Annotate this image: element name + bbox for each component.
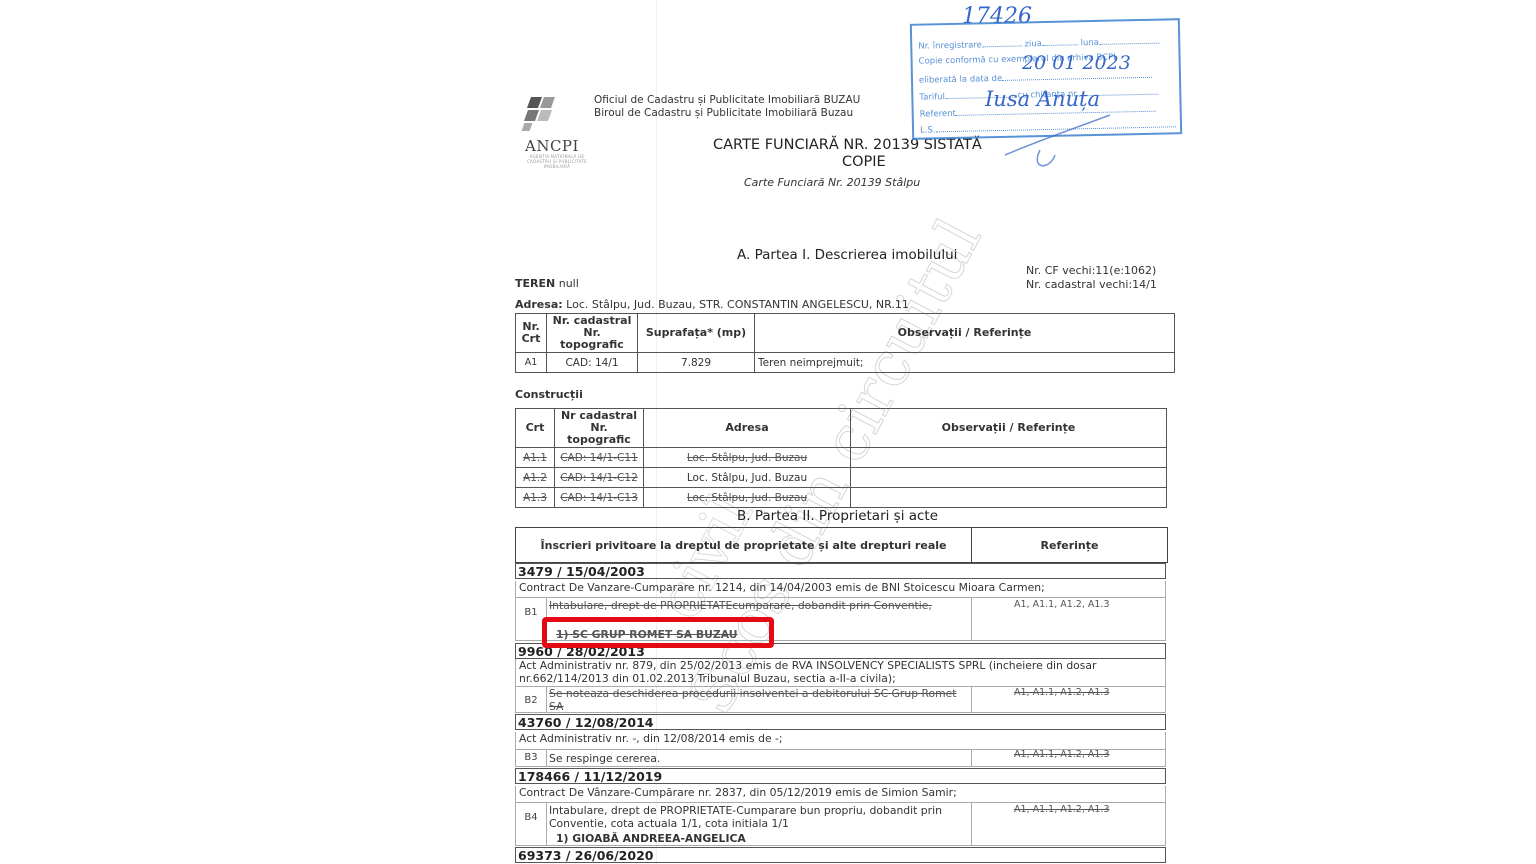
office-line-1: Oficiul de Cadastru și Publicitate Imobi… xyxy=(594,94,860,107)
constructii-heading: Construcții xyxy=(515,388,583,401)
registration-number: 43760 / 12/08/2014 xyxy=(515,714,1166,730)
registration-number: 3479 / 15/04/2003 xyxy=(515,563,1166,579)
logo-text: ANCPI xyxy=(525,137,579,155)
office-line-2: Biroul de Cadastru și Publicitate Imobil… xyxy=(594,107,860,120)
teren-table: Nr. Crt Nr. cadastral Nr. topografic Sup… xyxy=(515,313,1175,373)
col-cadastral: Nr cadastral Nr. topografic xyxy=(555,409,644,448)
col-cadastral: Nr. cadastral Nr. topografic xyxy=(547,314,638,353)
registration-number: 178466 / 11/12/2019 xyxy=(515,768,1166,784)
col-inscrieri: Înscrieri privitoare la dreptul de propr… xyxy=(516,528,972,562)
logo-subtext: AGENȚIA NAȚIONALĂ DE CADASTRU ȘI PUBLICI… xyxy=(518,154,596,169)
cf-old: Nr. CF vechi:11(e:1062) xyxy=(1026,264,1156,277)
part1-heading: A. Partea I. Descrierea imobilului xyxy=(737,247,957,263)
col-adresa: Adresa xyxy=(644,409,851,448)
signature-stroke-icon xyxy=(1000,110,1120,175)
table-row: A1 CAD: 14/1 7.829 Teren neimprejmuit; xyxy=(516,353,1175,373)
entry-b3: B3 Se respinge cererea. A1, A1.1, A1.2, … xyxy=(515,749,1166,767)
col-observatii: Observații / Referințe xyxy=(755,314,1175,353)
table-row: A1.2 CAD: 14/1-C12 Loc. Stâlpu, Jud. Buz… xyxy=(516,468,1167,488)
part2-table-header: Înscrieri privitoare la dreptul de propr… xyxy=(515,527,1168,563)
table-row: A1.1 CAD: 14/1-C11 Loc. Stâlpu, Jud. Buz… xyxy=(516,448,1167,468)
act-description: Contract De Vanzare-Cumparare nr. 1214, … xyxy=(515,581,1166,597)
owner-name: 1) GIOABĂ ANDREEA-ANGELICA xyxy=(556,832,976,845)
table-row: A1.3 CAD: 14/1-C13 Loc. Stâlpu, Jud. Buz… xyxy=(516,488,1167,508)
teren-line: TEREN null xyxy=(515,277,579,290)
stamp-line-registration: Nr. înregistrare ziua luna xyxy=(918,35,1159,52)
part2-heading: B. Partea II. Proprietari și acte xyxy=(737,508,938,524)
col-crt: Crt xyxy=(516,409,555,448)
act-description: Act Administrativ nr. -, din 12/08/2014 … xyxy=(515,732,1166,749)
document-copy-label: COPIE xyxy=(842,154,886,170)
registration-number: 69373 / 26/06/2020 xyxy=(515,847,1166,863)
stamp-handwritten-date: 20 01 2023 xyxy=(1022,52,1131,74)
constructii-table: Crt Nr cadastral Nr. topografic Adresa O… xyxy=(515,408,1167,508)
office-name: Oficiul de Cadastru și Publicitate Imobi… xyxy=(594,94,860,119)
cadastral-old: Nr. cadastral vechi:14/1 xyxy=(1026,278,1157,291)
document-subtitle: Carte Funciară Nr. 20139 Stâlpu xyxy=(744,176,920,189)
entry-b4: B4 Intabulare, drept de PROPRIETATE-Cump… xyxy=(515,802,1166,846)
document-title: CARTE FUNCIARĂ NR. 20139 SISTATĂ xyxy=(713,137,982,153)
stamp-signature: Iusa Anuța xyxy=(985,87,1100,111)
act-description: Contract De Vânzare-Cumpărare nr. 2837, … xyxy=(515,786,1166,802)
highlight-box xyxy=(542,617,774,648)
act-description: Act Administrativ nr. 879, din 25/02/201… xyxy=(515,659,1166,686)
col-nr-crt: Nr. Crt xyxy=(516,314,547,353)
col-suprafata: Suprafața* (mp) xyxy=(638,314,755,353)
col-referinte: Referințe xyxy=(972,528,1167,562)
address-line: Adresa: Loc. Stâlpu, Jud. Buzau, STR. CO… xyxy=(515,298,909,311)
entry-b2: B2 Se noteaza deschiderea procedurii ins… xyxy=(515,686,1166,713)
col-observatii: Observații / Referințe xyxy=(851,409,1167,448)
